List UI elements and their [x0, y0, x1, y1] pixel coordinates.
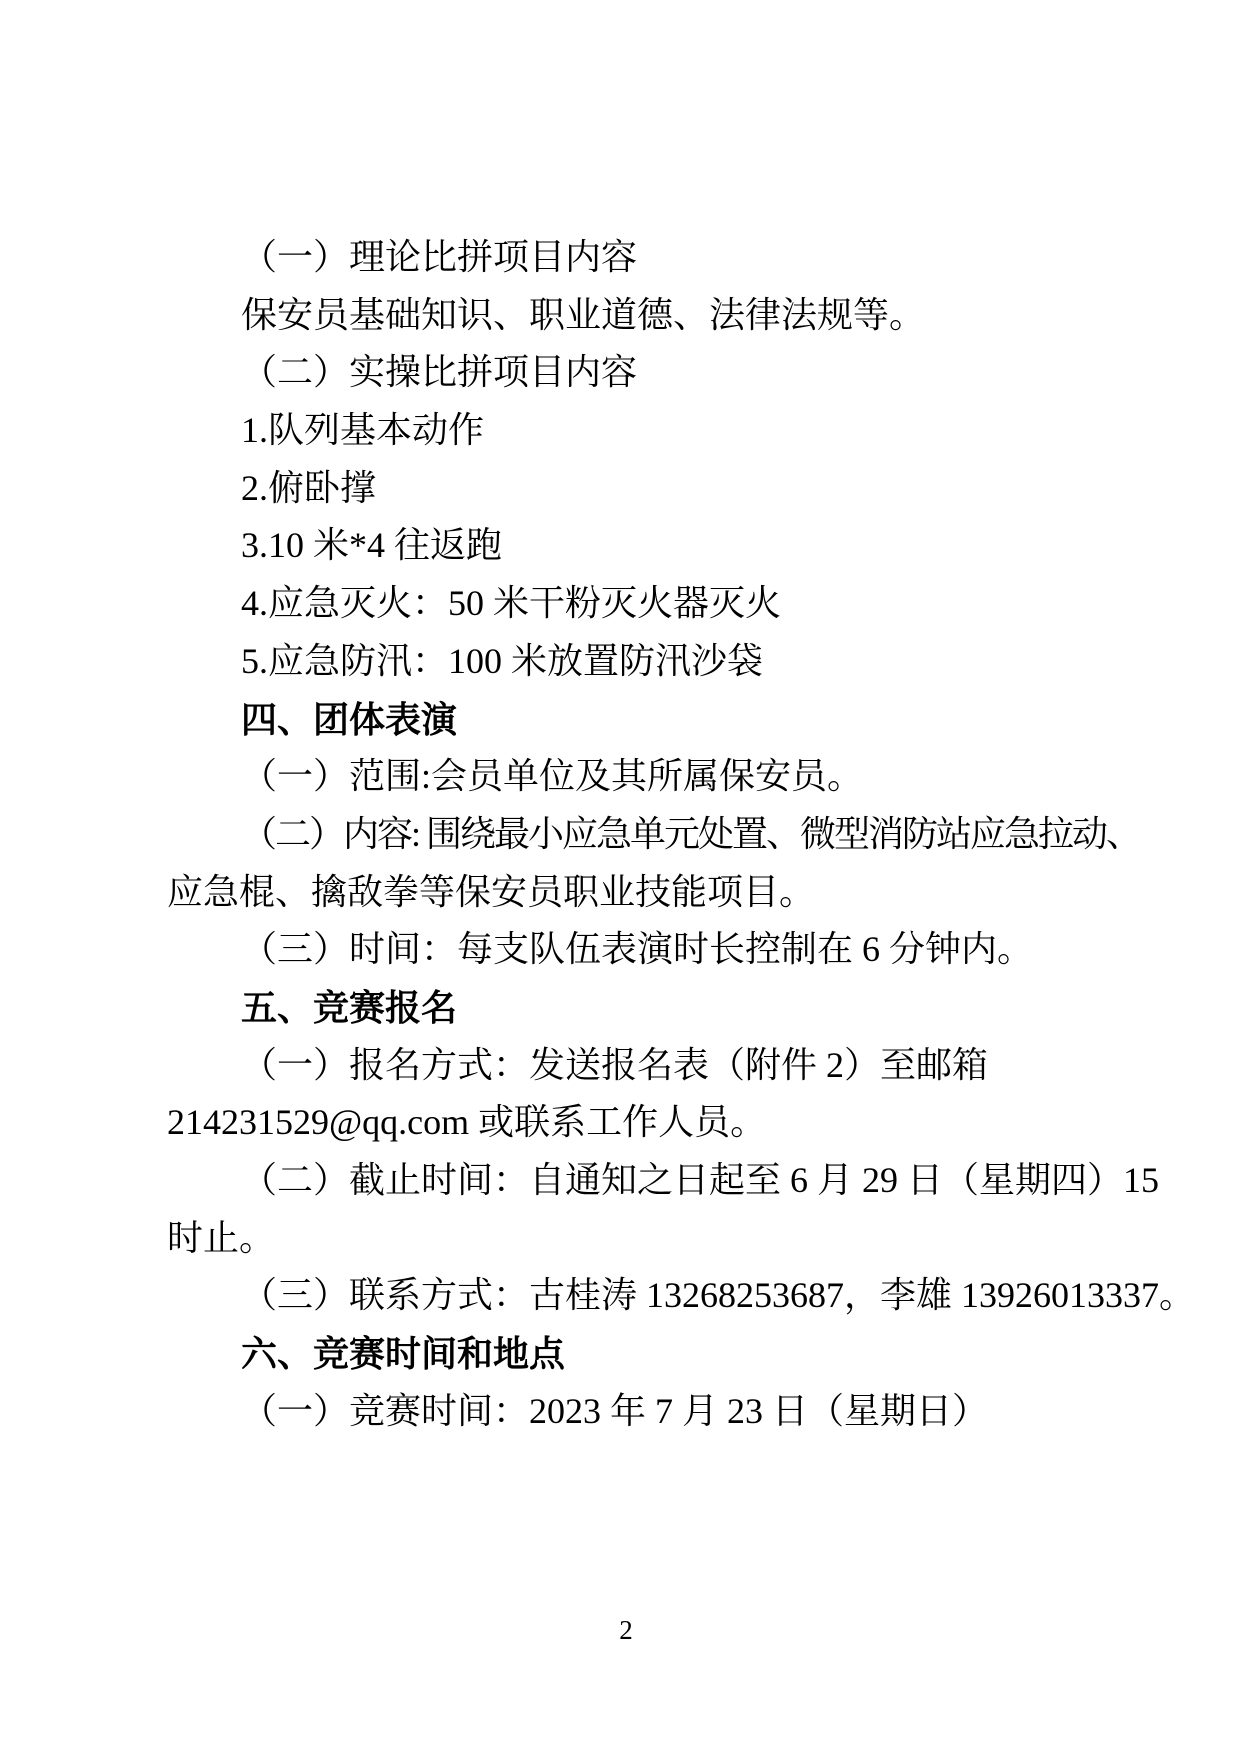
document-page: （一）理论比拼项目内容 保安员基础知识、职业道德、法律法规等。 （二）实操比拼项… — [0, 0, 1240, 1753]
doc-line-content-1: （二）内容: 围绕最小应急单元处置、微型消防站应急拉动、 — [167, 806, 1093, 864]
doc-line-contacts: （三）联系方式：古桂涛 13268253687，李雄 13926013337。 — [167, 1267, 1093, 1325]
doc-line-item-4: 4.应急灭火：50 米干粉灭火器灭火 — [167, 575, 1093, 633]
doc-line-deadline-1: （二）截止时间：自通知之日起至 6 月 29 日（星期四）15 — [167, 1152, 1093, 1210]
doc-line-theory-content: 保安员基础知识、职业道德、法律法规等。 — [167, 287, 1093, 345]
section-heading-5: 五、竞赛报名 — [167, 979, 1093, 1037]
document-body: （一）理论比拼项目内容 保安员基础知识、职业道德、法律法规等。 （二）实操比拼项… — [167, 229, 1093, 1440]
doc-line-item-5: 5.应急防汛：100 米放置防汛沙袋 — [167, 633, 1093, 691]
doc-line-scope: （一）范围:会员单位及其所属保安员。 — [167, 748, 1093, 806]
doc-line-practice-heading: （二）实操比拼项目内容 — [167, 344, 1093, 402]
doc-line-competition-date: （一）竞赛时间：2023 年 7 月 23 日（星期日） — [167, 1383, 1093, 1441]
doc-line-item-3: 3.10 米*4 往返跑 — [167, 517, 1093, 575]
section-heading-6: 六、竞赛时间和地点 — [167, 1325, 1093, 1383]
section-heading-4: 四、团体表演 — [167, 691, 1093, 749]
doc-line-theory-heading: （一）理论比拼项目内容 — [167, 229, 1093, 287]
doc-line-time-limit: （三）时间：每支队伍表演时长控制在 6 分钟内。 — [167, 921, 1093, 979]
doc-line-content-2: 应急棍、擒敌拳等保安员职业技能项目。 — [167, 864, 1093, 922]
doc-line-signup-method-2: 214231529@qq.com 或联系工作人员。 — [167, 1094, 1093, 1152]
doc-line-item-2: 2.俯卧撑 — [167, 460, 1093, 518]
doc-line-item-1: 1.队列基本动作 — [167, 402, 1093, 460]
doc-line-deadline-2: 时止。 — [167, 1210, 1093, 1268]
page-number: 2 — [0, 1612, 1240, 1648]
doc-line-signup-method-1: （一）报名方式：发送报名表（附件 2）至邮箱 — [167, 1037, 1093, 1095]
